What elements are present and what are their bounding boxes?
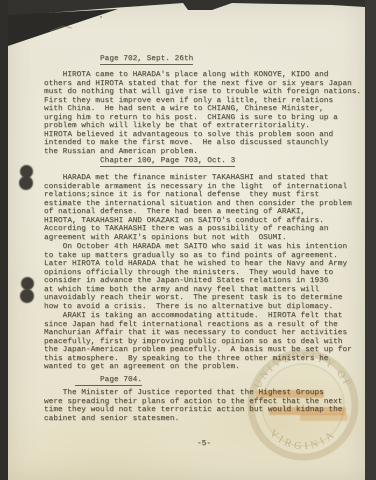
binding-hole-top-lower-lobe [19, 176, 33, 190]
page-number: -5- [197, 440, 211, 449]
paragraph-araki-attitude: ARAKI is taking an accommodating attitud… [44, 312, 362, 372]
paragraph-hirota-harada: HIROTA came to HARADA's place along with… [44, 71, 362, 156]
paragraph-takahashi-armament: HARADA met the finance minister TAKAHASH… [44, 174, 362, 242]
teal-tape-left [0, 185, 6, 233]
teal-tape-right [370, 207, 376, 254]
paragraph-october-4th: On October 4th HARADA met SAITO who said… [44, 243, 362, 311]
scan-background: UNIVERSITY OF VIRGINIA Page 702, Sept. 2… [0, 0, 376, 480]
left-edge-shadow [0, 0, 8, 480]
section-heading-page-702: Page 702, Sept. 26th [100, 55, 193, 65]
section-heading-page-704: Page 704. [75, 376, 142, 386]
paragraph-minister-of-justice: The Minister of Justice reported that th… [44, 389, 362, 423]
section-heading-chapter-100: Chapter 100, Page 703, Oct. 3 [100, 157, 235, 167]
binding-hole-bottom-lower-lobe [20, 289, 34, 303]
